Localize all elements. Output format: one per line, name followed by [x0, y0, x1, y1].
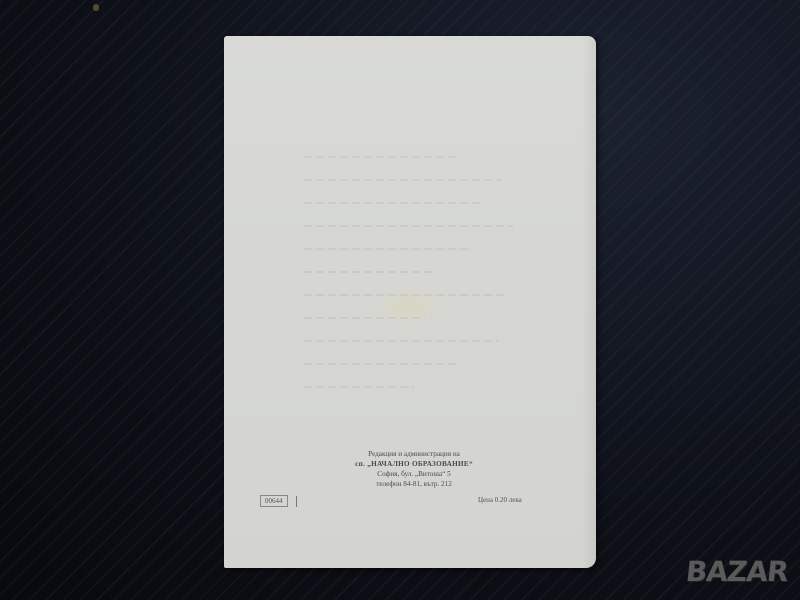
bazar-watermark-logo: BAZAR — [685, 555, 790, 588]
catalog-number: 00644 — [260, 495, 288, 507]
imprint-journal-name: сп. „НАЧАЛНО ОБРАЗОВАНИЕ“ — [324, 459, 504, 469]
imprint-address: София, бул. „Витоша“ 5 — [324, 469, 504, 479]
imprint-line-1: Редакция и администрация на — [324, 449, 504, 459]
publisher-imprint: Редакция и администрация на сп. „НАЧАЛНО… — [324, 449, 504, 489]
dust-speck — [93, 4, 99, 11]
booklet-back-cover: Редакция и администрация на сп. „НАЧАЛНО… — [224, 36, 596, 568]
price-label: Цена 0.20 лева — [478, 496, 522, 504]
imprint-phone: телефон 84-81, вътр. 212 — [324, 479, 504, 489]
show-through-text — [304, 156, 524, 409]
